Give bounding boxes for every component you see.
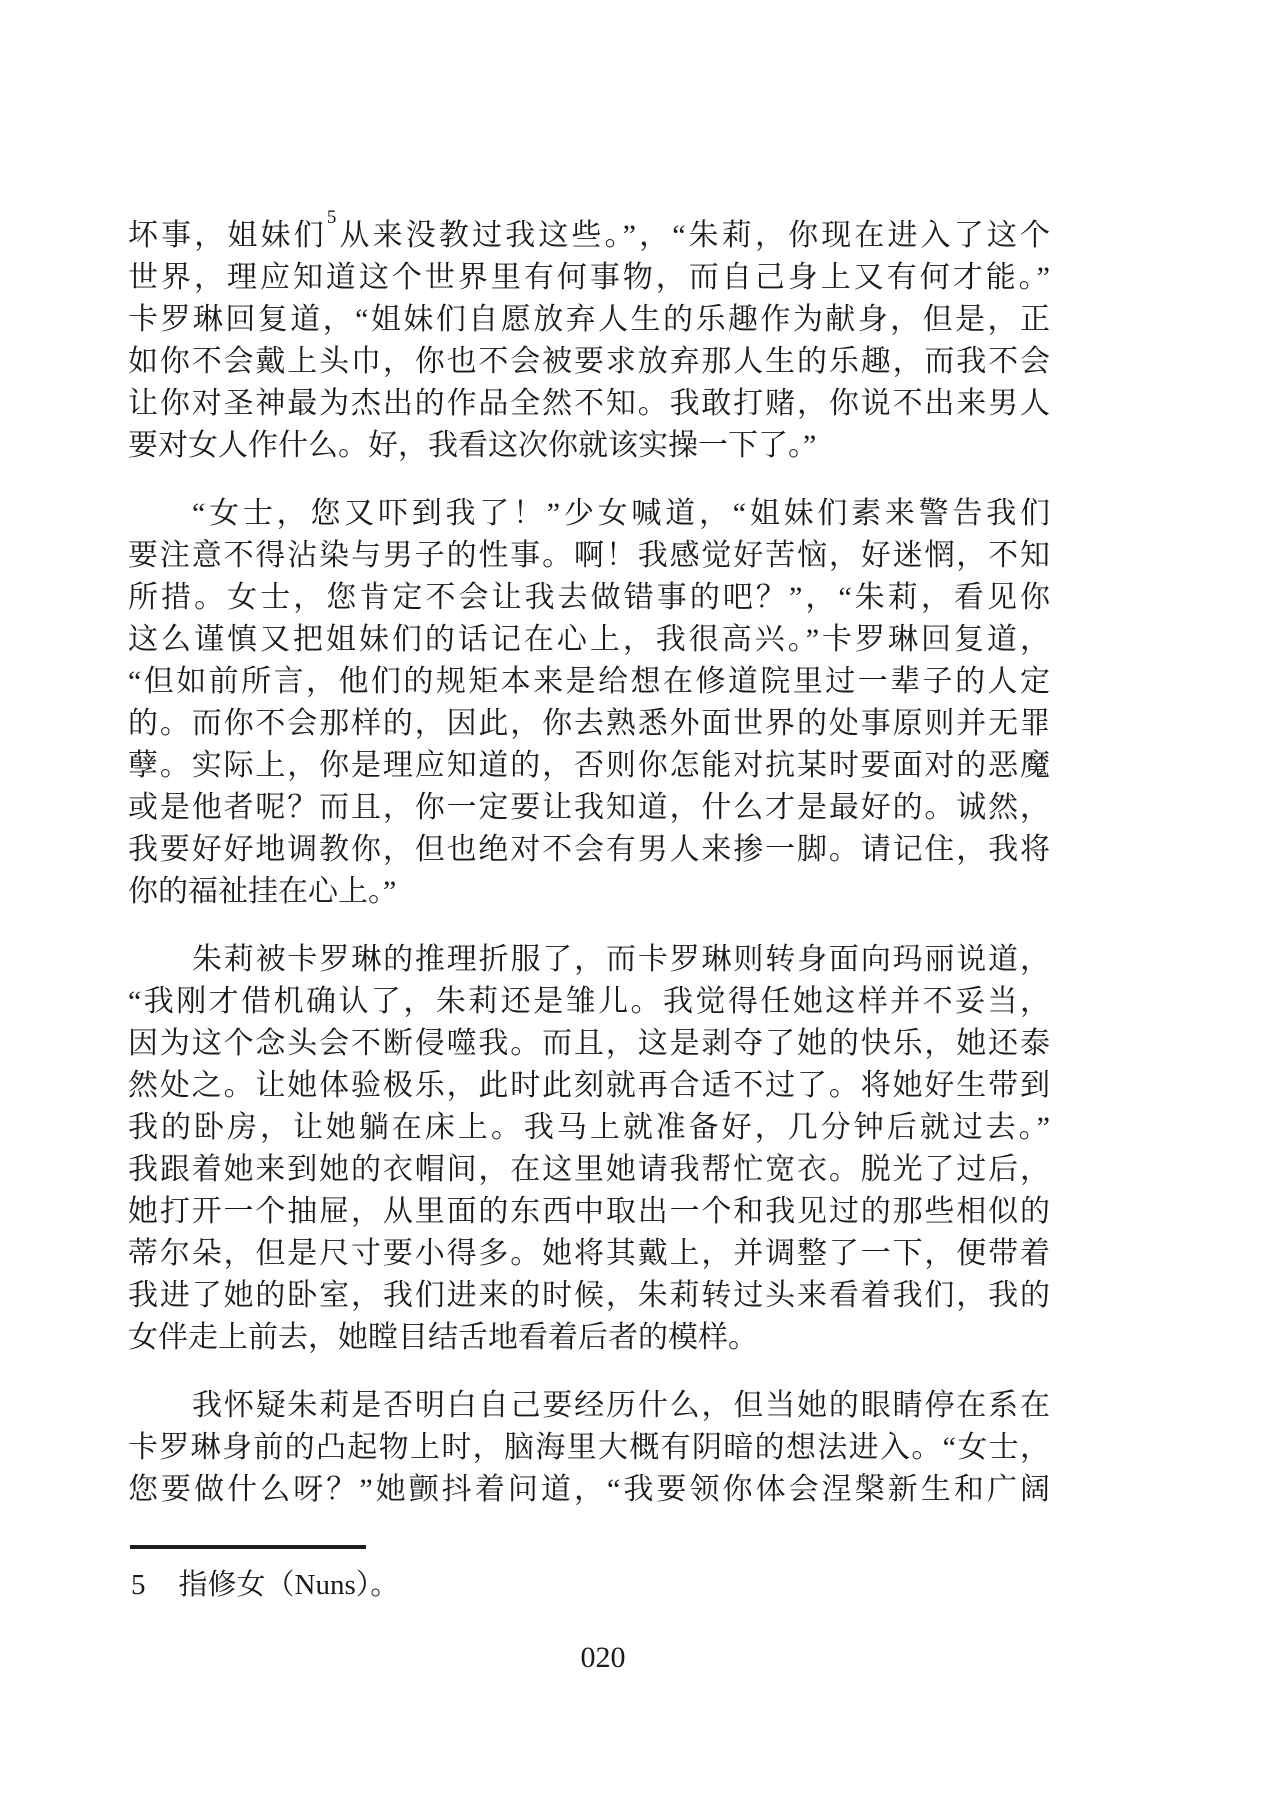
text-line: 因为这个念头会不断侵噬我。而且，这是剥夺了她的快乐，她还泰 bbox=[128, 1023, 1050, 1065]
text-block: 坏事，姐妹们5从来没教过我这些。”，“朱莉，你现在进入了这个 世界，理应知道这个… bbox=[128, 215, 1050, 1511]
text-line: 让你对圣神最为杰出的作品全然不知。我敢打赌，你说不出来男人 bbox=[128, 383, 1050, 425]
text-line: 我的卧房，让她躺在床上。我马上就准备好，几分钟后就过去。” bbox=[128, 1107, 1050, 1149]
text-line: “女士，您又吓到我了！”少女喊道，“姐妹们素来警告我们 bbox=[128, 493, 1050, 535]
text-line: 朱莉被卡罗琳的推理折服了，而卡罗琳则转身面向玛丽说道， bbox=[128, 939, 1050, 981]
text-line: 如你不会戴上头巾，你也不会被要求放弃那人生的乐趣，而我不会 bbox=[128, 341, 1050, 383]
text-line: 这么谨慎又把姐妹们的话记在心上，我很高兴。”卡罗琳回复道， bbox=[128, 619, 1050, 661]
text-line: 的。而你不会那样的，因此，你去熟悉外面世界的处事原则并无罪 bbox=[128, 703, 1050, 745]
text-line: 世界，理应知道这个世界里有何事物，而自己身上又有何才能。” bbox=[128, 257, 1050, 299]
text-line: 卡罗琳回复道，“姐妹们自愿放弃人生的乐趣作为献身，但是，正 bbox=[128, 299, 1050, 341]
text-line: 我要好好地调教你，但也绝对不会有男人来掺一脚。请记住，我将 bbox=[128, 829, 1050, 871]
footnote-ref-5: 5 bbox=[327, 207, 337, 228]
footnote-marker: 5 bbox=[131, 1566, 146, 1604]
footnote: 5指修女（Nuns）。 bbox=[131, 1566, 1051, 1604]
page-number: 020 bbox=[128, 1641, 1078, 1675]
text-line: 坏事，姐妹们5从来没教过我这些。”，“朱莉，你现在进入了这个 bbox=[128, 215, 1050, 257]
text-line: 要注意不得沾染与男子的性事。啊！我感觉好苦恼，好迷惘，不知 bbox=[128, 535, 1050, 577]
text-line: 我进了她的卧室，我们进来的时候，朱莉转过头来看着我们，我的 bbox=[128, 1275, 1050, 1317]
text-segment: 坏事，姐妹们 bbox=[128, 219, 327, 252]
footnote-separator bbox=[130, 1545, 366, 1549]
text-line: 她打开一个抽屉，从里面的东西中取出一个和我见过的那些相似的 bbox=[128, 1191, 1050, 1233]
paragraph-3: 朱莉被卡罗琳的推理折服了，而卡罗琳则转身面向玛丽说道， “我刚才借机确认了，朱莉… bbox=[128, 939, 1050, 1359]
text-line: 或是他者呢？而且，你一定要让我知道，什么才是最好的。诚然， bbox=[128, 787, 1050, 829]
text-line: “我刚才借机确认了，朱莉还是雏儿。我觉得任她这样并不妥当， bbox=[128, 981, 1050, 1023]
text-line: 我怀疑朱莉是否明白自己要经历什么，但当她的眼睛停在系在 bbox=[128, 1385, 1050, 1427]
text-line: 我跟着她来到她的衣帽间，在这里她请我帮忙宽衣。脱光了过后， bbox=[128, 1149, 1050, 1191]
paragraph-2: “女士，您又吓到我了！”少女喊道，“姐妹们素来警告我们 要注意不得沾染与男子的性… bbox=[128, 493, 1050, 913]
text-line: 蒂尔朵，但是尺寸要小得多。她将其戴上，并调整了一下，便带着 bbox=[128, 1233, 1050, 1275]
text-line: 然处之。让她体验极乐，此时此刻就再合适不过了。将她好生带到 bbox=[128, 1065, 1050, 1107]
text-line: 卡罗琳身前的凸起物上时，脑海里大概有阴暗的想法进入。“女士， bbox=[128, 1427, 1050, 1469]
footnote-text: 指修女（Nuns）。 bbox=[179, 1569, 400, 1601]
text-line: 要对女人作什么。好，我看这次你就该实操一下了。” bbox=[128, 425, 1050, 467]
text-segment: 从来没教过我这些。”，“朱莉，你现在进入了这个 bbox=[336, 219, 1050, 252]
text-line: 你的福祉挂在心上。” bbox=[128, 871, 1050, 913]
text-line: 所措。女士，您肯定不会让我去做错事的吧？”，“朱莉，看见你 bbox=[128, 577, 1050, 619]
text-line: “但如前所言，他们的规矩本来是给想在修道院里过一辈子的人定 bbox=[128, 661, 1050, 703]
text-line: 女伴走上前去，她瞠目结舌地看着后者的模样。 bbox=[128, 1317, 1050, 1359]
text-line: 孽。实际上，你是理应知道的，否则你怎能对抗某时要面对的恶魔 bbox=[128, 745, 1050, 787]
paragraph-1: 坏事，姐妹们5从来没教过我这些。”，“朱莉，你现在进入了这个 世界，理应知道这个… bbox=[128, 215, 1050, 467]
paragraph-4: 我怀疑朱莉是否明白自己要经历什么，但当她的眼睛停在系在 卡罗琳身前的凸起物上时，… bbox=[128, 1385, 1050, 1511]
text-line: 您要做什么呀？”她颤抖着问道，“我要领你体会涅槃新生和广阔 bbox=[128, 1469, 1050, 1511]
book-page: 坏事，姐妹们5从来没教过我这些。”，“朱莉，你现在进入了这个 世界，理应知道这个… bbox=[0, 0, 1280, 1816]
